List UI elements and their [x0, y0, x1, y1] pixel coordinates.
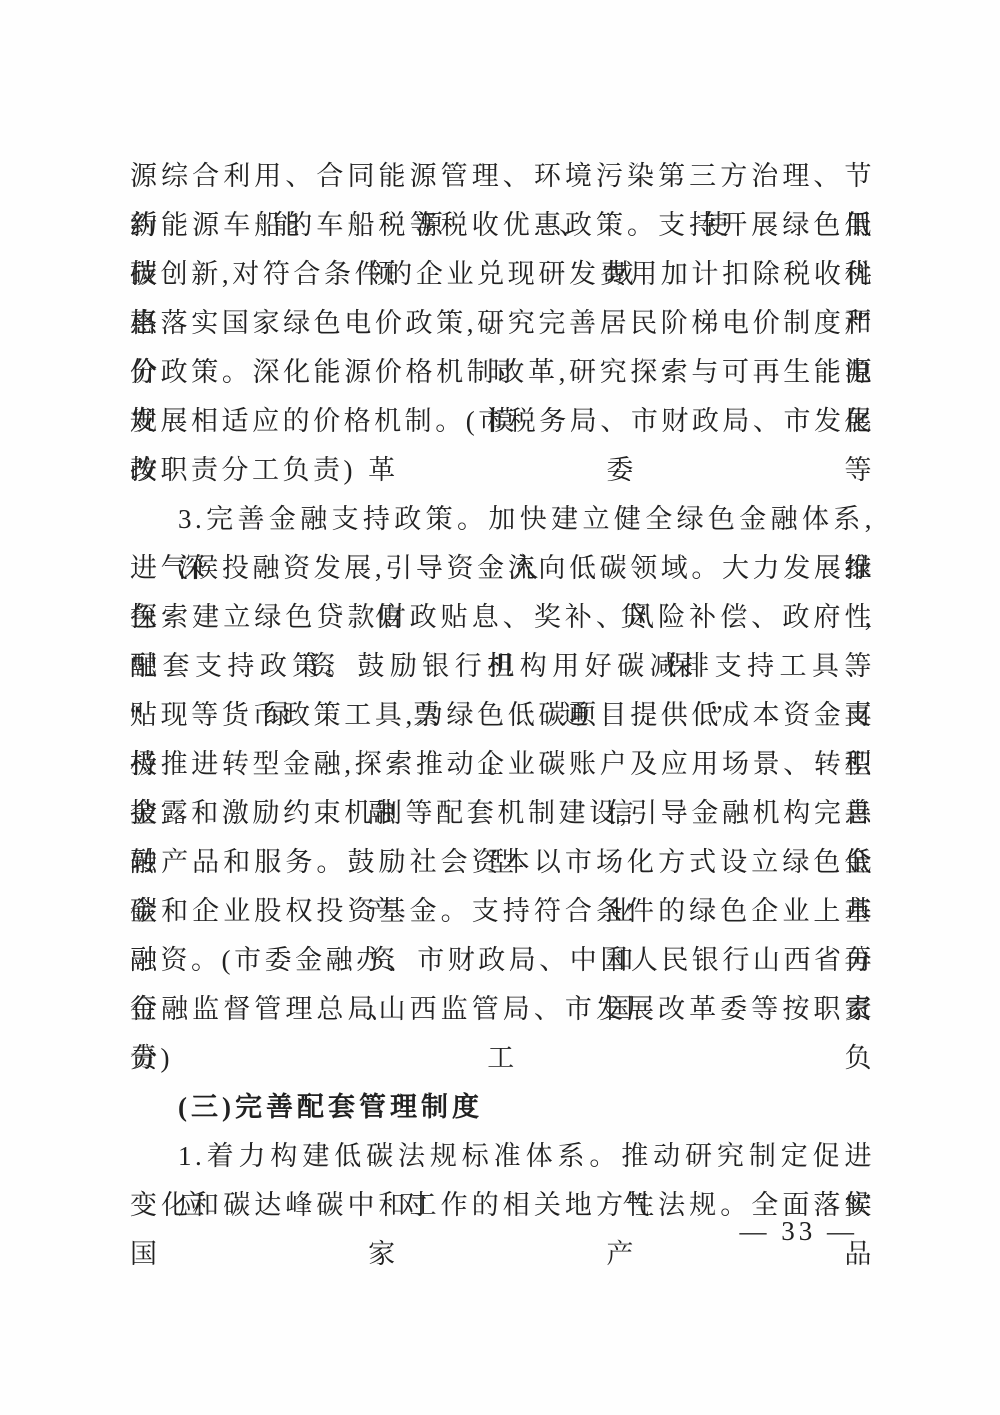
- text-line: 配套支持政策。鼓励银行机构用好碳减排支持工具、“绿票通”再: [130, 642, 875, 691]
- text-line: 披露和激励约束机制等配套机制建设,引导金融机构完善转型金: [130, 789, 875, 838]
- document-page: 源综合利用、合同能源管理、环境污染第三方治理、节约能源、使用新能源车船的车船税等…: [0, 0, 1000, 1415]
- document-body: 源综合利用、合同能源管理、环境污染第三方治理、节约能源、使用新能源车船的车船税等…: [130, 152, 875, 1230]
- text-line: 融资。(市委金融办、市财政局、中国人民银行山西省分行、国家: [130, 936, 875, 985]
- text-line: 融产品和服务。鼓励社会资本以市场化方式设立绿色低碳产业基: [130, 838, 875, 887]
- text-line: 探索建立绿色贷款财政贴息、奖补、风险补偿、政府性融资担保等: [130, 593, 875, 642]
- text-line: 格落实国家绿色电价政策,研究完善居民阶梯电价制度和分时电: [130, 299, 875, 348]
- text-line: 技创新,对符合条件的企业兑现研发费用加计扣除税收优惠。严: [130, 250, 875, 299]
- page-number: — 33 —: [740, 1214, 859, 1248]
- text-line: 金和企业股权投资基金。支持符合条件的绿色企业上市融资和再: [130, 887, 875, 936]
- text-line: 1.着力构建低碳法规标准体系。推动研究制定促进应对气候: [130, 1132, 875, 1181]
- text-line: 极推进转型金融,探索推动企业碳账户及应用场景、转型金融信息: [130, 740, 875, 789]
- text-line: 金融监督管理总局山西监管局、市发展改革委等按职责分工负: [130, 985, 875, 1034]
- text-line: 价政策。深化能源价格机制改革,研究探索与可再生能源规模化: [130, 348, 875, 397]
- text-line: 发展相适应的价格机制。(市税务局、市财政局、市发展改革委等: [130, 397, 875, 446]
- text-line: (三)完善配套管理制度: [130, 1083, 875, 1132]
- text-line: 进气候投融资发展,引导资金流向低碳领域。大力发展绿色信贷,: [130, 544, 875, 593]
- text-line: 源综合利用、合同能源管理、环境污染第三方治理、节约能源、使用: [130, 152, 875, 201]
- text-line: 新能源车船的车船税等税收优惠政策。支持开展绿色低碳领域科: [130, 201, 875, 250]
- text-line: 贴现等货币政策工具,为绿色低碳项目提供低成本资金支持。积: [130, 691, 875, 740]
- text-line: 3.完善金融支持政策。加快建立健全绿色金融体系,深入推: [130, 495, 875, 544]
